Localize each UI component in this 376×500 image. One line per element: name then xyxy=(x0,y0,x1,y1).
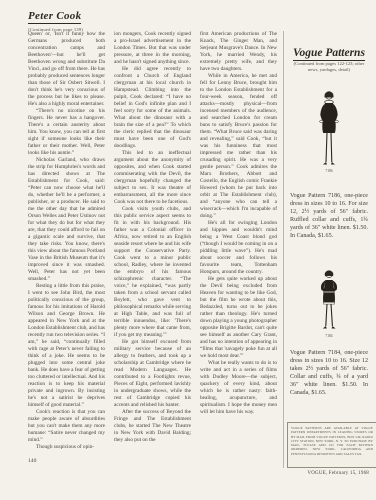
paragraph: He's all for swinging London and hippies… xyxy=(200,220,277,276)
page-number: 140 xyxy=(28,458,36,464)
sidebar-title: Vogue Patterns xyxy=(293,47,365,61)
paragraph: Nicholas Garland, who draws the strip fo… xyxy=(28,157,105,283)
dress-sketch-icon xyxy=(311,268,347,331)
paragraph: He did agree recently to confront a Chur… xyxy=(114,66,191,150)
vogue-patterns-sidebar: Vogue Patterns (Continued from pages 122… xyxy=(289,0,369,500)
paragraph: He got himself excused from military ser… xyxy=(114,339,191,409)
mail-order-notice-box: Vogue Patterns are available at Vogue Pa… xyxy=(287,422,376,468)
fashion-figure-illustration-7184 xyxy=(289,268,369,336)
article-header: Peter Cook (Continued from page 139) xyxy=(28,6,83,32)
paragraph: Cook's reaction is that you can make peo… xyxy=(28,409,105,444)
issue-footer: VOGUE, February 15, 1968 xyxy=(249,471,369,476)
paragraph: While in America, he met and fell for Le… xyxy=(200,73,277,220)
paragraph: Though suspicious of opin- xyxy=(28,444,105,451)
text-column-1: Queen' or, 'Isn't it funny how the Germa… xyxy=(28,31,105,464)
text-column-3: first American productions of The Knack,… xyxy=(200,31,277,464)
paragraph: ion mongers, Cook recently signed a pro-… xyxy=(114,31,191,66)
paragraph: “There's no nicotine on his fingers. He … xyxy=(28,108,105,157)
mail-order-fine-print: Vogue Patterns are available at Vogue Pa… xyxy=(291,426,373,456)
paragraph: He gets quite worked up about the Devil … xyxy=(200,276,277,360)
paragraph: What he really wants to do is to write a… xyxy=(200,360,277,416)
paragraph: Cook visits youth clubs, and this public… xyxy=(114,206,191,339)
sidebar-divider-rule xyxy=(283,31,284,468)
pattern-caption-7184: Vogue Pattern 7184, one-piece dress in s… xyxy=(290,349,368,398)
dress-sketch-icon xyxy=(311,88,347,167)
magazine-page: Peter Cook (Continued from page 139) Que… xyxy=(0,0,376,500)
text-column-2: ion mongers, Cook recently signed a pro-… xyxy=(114,31,191,464)
fashion-figure-illustration-7186 xyxy=(289,88,369,172)
sidebar-title-wrap: Vogue Patterns xyxy=(289,43,369,61)
paragraph: first American productions of The Knack,… xyxy=(200,31,277,73)
pattern-caption-7186: Vogue Pattern 7186, one-piece dress in s… xyxy=(290,192,368,241)
pattern-number-label: 7184 xyxy=(289,334,369,338)
paragraph: Resting a little from this praise, I wen… xyxy=(28,283,105,409)
article-body: Queen' or, 'Isn't it funny how the Germa… xyxy=(28,31,277,464)
pattern-number-label: 7186 xyxy=(289,169,369,173)
article-title: Peter Cook xyxy=(28,10,81,24)
paragraph: Queen' or, 'Isn't it funny how the Germa… xyxy=(28,31,105,108)
sidebar-continued-note: (Continued from pages 122-123; other new… xyxy=(290,61,368,73)
paragraph: This led to an ineffectual argument abou… xyxy=(114,150,191,206)
paragraph: After the success of Beyond the Fringe a… xyxy=(114,409,191,444)
